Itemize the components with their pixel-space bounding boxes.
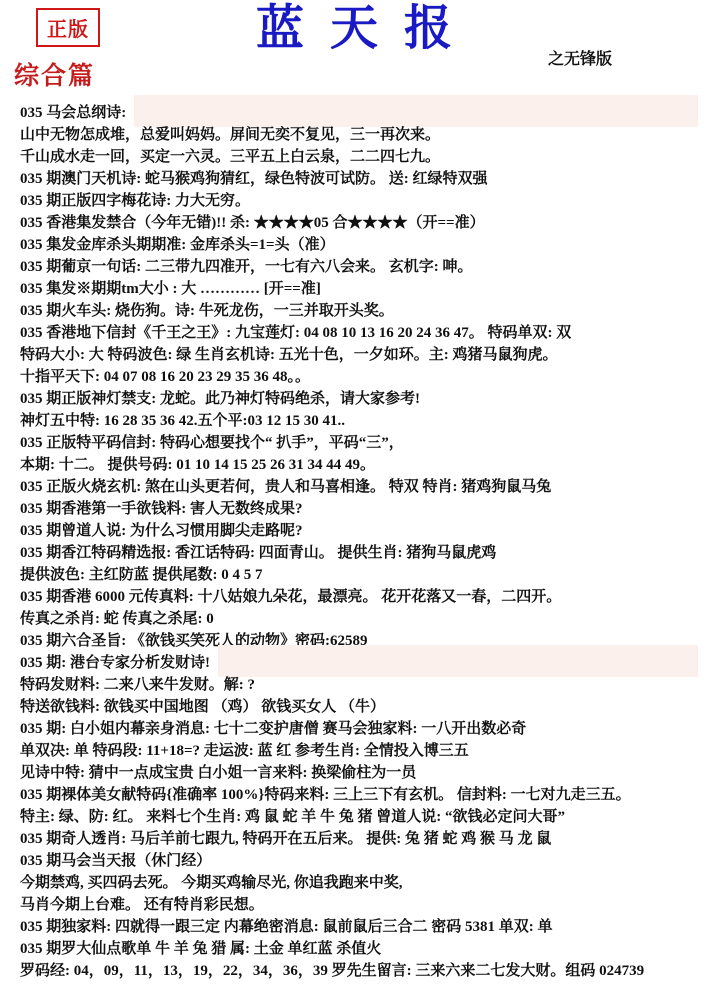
report-line: 提供波色: 主红防蓝 提供尾数: 0 4 5 7 <box>20 562 708 584</box>
report-line-text: 见诗中特: 猜中一点成宝贵 白小姐一言来料: 换梁偷柱为一员 <box>20 761 416 782</box>
report-line: 035 期澳门天机诗: 蛇马猴鸡狗猜红，绿色特波可试防。 送: 红绿特双强 <box>20 166 708 188</box>
report-line-text: 035 正版火烧玄机: 煞在山头更若何，贵人和马喜相逢。 特双 特肖: 猪鸡狗鼠… <box>20 475 551 496</box>
report-line: 035 集发金库杀头期期准: 金库杀头=1=头（准） <box>20 232 708 254</box>
report-line-text: 十指平天下: 04 07 08 16 20 23 29 35 36 48。。 <box>20 365 310 386</box>
report-line-text: 035 集发金库杀头期期准: 金库杀头=1=头（准） <box>20 233 335 254</box>
report-line: 035 期香港 6000 元传真料: 十八姑娘九朵花，最漂亮。 花开花落又一春，… <box>20 584 708 606</box>
report-line-text: 035 期香江特码精选报: 香江话特码: 四面青山。 提供生肖: 猪狗马鼠虎鸡 <box>20 541 496 562</box>
report-line-text: 神灯五中特: 16 28 35 36 42.五个平:03 12 15 30 41… <box>20 409 345 430</box>
report-line: 千山成水走一回，买定一六灵。三平五上白云泉，二二四七九。 <box>20 144 708 166</box>
report-line: 035 期曾道人说: 为什么习惯用脚尖走路呢? <box>20 518 708 540</box>
report-line: 035 期香港第一手欲钱料: 害人无数终成果? <box>20 496 708 518</box>
report-line-text: 035 期葡京一句话: 二三带九四准开，一七有六八会来。 玄机字: 呻。 <box>20 255 473 276</box>
report-line-text: 035 马会总纲诗: <box>20 101 126 122</box>
report-header: 正版 蓝天报 之无锋版 综合篇 <box>0 0 708 100</box>
report-line-text: 千山成水走一回，买定一六灵。三平五上白云泉，二二四七九。 <box>20 145 440 166</box>
report-line-text: 提供波色: 主红防蓝 提供尾数: 0 4 5 7 <box>20 563 263 584</box>
report-line-text: 特主: 绿、防: 红。 来料七个生肖: 鸡 鼠 蛇 羊 牛 兔 猪 曾道人说: … <box>20 805 565 826</box>
report-line: 035 期裸体美女献特码{准确率 100%}特码来料: 三上三下有玄机。 信封料… <box>20 782 708 804</box>
report-line: 035 期: 白小姐内幕亲身消息: 七十二变护唐僧 赛马会独家料: 一八开出数必… <box>20 716 708 738</box>
report-line-text: 035 期奇人透肖: 马后羊前七跟九, 特码开在五后来。 提供: 兔 猪 蛇 鸡… <box>20 827 551 848</box>
report-line: 035 正版火烧玄机: 煞在山头更若何，贵人和马喜相逢。 特双 特肖: 猪鸡狗鼠… <box>20 474 708 496</box>
report-line-text: 035 期裸体美女献特码{准确率 100%}特码来料: 三上三下有玄机。 信封料… <box>20 783 631 804</box>
report-line: 十指平天下: 04 07 08 16 20 23 29 35 36 48。。 <box>20 364 708 386</box>
report-line-text: 035 期火车头: 烧伤狗。诗: 牛死龙伤，一三并取开头奖。 <box>20 299 394 320</box>
report-line-text: 035 期曾道人说: 为什么习惯用脚尖走路呢? <box>20 519 303 540</box>
report-line: 035 正版特平码信封: 特码心想要找个“ 扒手”，平码“三”， <box>20 430 708 452</box>
report-line-text: 山中无物怎成堆，总爱叫妈妈。屏间无奕不复见，三一再次来。 <box>20 123 440 144</box>
report-line: 神灯五中特: 16 28 35 36 42.五个平:03 12 15 30 41… <box>20 408 708 430</box>
report-line-text: 035 期正版神灯禁支: 龙蛇。此乃神灯特码绝杀，请大家参考! <box>20 387 420 408</box>
report-line: 035 期罗大仙点歌单 牛 羊 兔 猎 属: 土金 单红蓝 杀值火 <box>20 936 708 958</box>
report-line: 035 香港地下信封《千王之王》: 九宝莲灯: 04 08 10 13 16 2… <box>20 320 708 342</box>
report-line-text: 特码大小: 大 特码波色: 绿 生肖玄机诗: 五光十色，一夕如环。主: 鸡猪马鼠… <box>20 343 557 364</box>
section-title: 综合篇 <box>14 56 95 92</box>
report-line-text: 马肖今期上台难。 还有特肖彩民想。 <box>20 893 264 914</box>
report-line-text: 单双决: 单 特码段: 11+18=? 走运波: 蓝 红 参考生肖: 全情投入博… <box>20 739 469 760</box>
report-line-text: 035 期马会当天报（休门经） <box>20 849 211 870</box>
edition-label: 之无锋版 <box>548 46 612 69</box>
report-line-text: 特送欲钱料: 欲钱买中国地图 （鸡） 欲钱买女人 （牛） <box>20 695 385 716</box>
report-line-text: 035 期正版四字梅花诗: 力大无穷。 <box>20 189 250 210</box>
report-line: 035 期火车头: 烧伤狗。诗: 牛死龙伤，一三并取开头奖。 <box>20 298 708 320</box>
report-line: 今期禁鸡, 买四码去死。 今期买鸡输尽光, 你追我跑来中奖, <box>20 870 708 892</box>
report-line: 本期: 十二。 提供号码: 01 10 14 15 25 26 31 34 44… <box>20 452 708 474</box>
report-line: 单双决: 单 特码段: 11+18=? 走运波: 蓝 红 参考生肖: 全情投入博… <box>20 738 708 760</box>
report-line: 035 集发※期期tm大小 : 大 ………… [开==准] <box>20 276 708 298</box>
report-line: 特主: 绿、防: 红。 来料七个生肖: 鸡 鼠 蛇 羊 牛 兔 猪 曾道人说: … <box>20 804 708 826</box>
report-line-text: 今期禁鸡, 买四码去死。 今期买鸡输尽光, 你追我跑来中奖, <box>20 871 403 892</box>
report-line-text: 035 香港地下信封《千王之王》: 九宝莲灯: 04 08 10 13 16 2… <box>20 321 571 342</box>
report-line-text: 035 期独家料: 四就得一跟三定 内幕绝密消息: 鼠前鼠后三合二 密码 538… <box>20 915 553 936</box>
report-line: 035 香港集发禁合（今年无错)!! 杀: ★★★★05 合★★★★（开==准） <box>20 210 708 232</box>
report-line: 035 期正版神灯禁支: 龙蛇。此乃神灯特码绝杀，请大家参考! <box>20 386 708 408</box>
report-line: 035 马会总纲诗: <box>20 100 708 122</box>
report-line-text: 罗码经: 04，09，11，13，19，22，34，36，39 罗先生留言: 三… <box>20 959 644 980</box>
report-line: 035 期独家料: 四就得一跟三定 内幕绝密消息: 鼠前鼠后三合二 密码 538… <box>20 914 708 936</box>
report-lines: 035 马会总纲诗:山中无物怎成堆，总爱叫妈妈。屏间无奕不复见，三一再次来。千山… <box>0 100 708 980</box>
report-line-text: 035 集发※期期tm大小 : 大 ………… [开==准] <box>20 277 321 298</box>
report-line-text: 特码发财料: 二来八来牛发财。解: ? <box>20 673 255 694</box>
report-line: 035 期马会当天报（休门经） <box>20 848 708 870</box>
report-line-text: 035 期香港 6000 元传真料: 十八姑娘九朵花，最漂亮。 花开花落又一春，… <box>20 585 561 606</box>
report-line-text: 035 香港集发禁合（今年无错)!! 杀: ★★★★05 合★★★★（开==准） <box>20 211 485 232</box>
report-line-text: 035 期罗大仙点歌单 牛 羊 兔 猎 属: 土金 单红蓝 杀值火 <box>20 937 381 958</box>
report-line: 035 期: 港台专家分析发财诗! <box>20 650 708 672</box>
report-line: 传真之杀肖: 蛇 传真之杀尾: 0 <box>20 606 708 628</box>
report-line: 见诗中特: 猜中一点成宝贵 白小姐一言来料: 换梁偷柱为一员 <box>20 760 708 782</box>
report-line: 035 期葡京一句话: 二三带九四准开，一七有六八会来。 玄机字: 呻。 <box>20 254 708 276</box>
report-line: 特码大小: 大 特码波色: 绿 生肖玄机诗: 五光十色，一夕如环。主: 鸡猪马鼠… <box>20 342 708 364</box>
report-line: 罗码经: 04，09，11，13，19，22，34，36，39 罗先生留言: 三… <box>20 958 708 980</box>
report-line-text: 035 期香港第一手欲钱料: 害人无数终成果? <box>20 497 303 518</box>
report-line-text: 035 期: 港台专家分析发财诗! <box>20 651 210 672</box>
report-line: 035 期正版四字梅花诗: 力大无穷。 <box>20 188 708 210</box>
report-line-text: 035 期: 白小姐内幕亲身消息: 七十二变护唐僧 赛马会独家料: 一八开出数必… <box>20 717 526 738</box>
highlight-bar <box>218 645 698 677</box>
report-line-text: 本期: 十二。 提供号码: 01 10 14 15 25 26 31 34 44… <box>20 453 375 474</box>
report-line: 035 期奇人透肖: 马后羊前七跟九, 特码开在五后来。 提供: 兔 猪 蛇 鸡… <box>20 826 708 848</box>
report-line-text: 035 正版特平码信封: 特码心想要找个“ 扒手”，平码“三”， <box>20 431 404 452</box>
report-line: 035 期香江特码精选报: 香江话特码: 四面青山。 提供生肖: 猪狗马鼠虎鸡 <box>20 540 708 562</box>
report-line-text: 传真之杀肖: 蛇 传真之杀尾: 0 <box>20 607 214 628</box>
report-line: 特送欲钱料: 欲钱买中国地图 （鸡） 欲钱买女人 （牛） <box>20 694 708 716</box>
report-line-text: 035 期澳门天机诗: 蛇马猴鸡狗猜红，绿色特波可试防。 送: 红绿特双强 <box>20 167 488 188</box>
report-line: 马肖今期上台难。 还有特肖彩民想。 <box>20 892 708 914</box>
